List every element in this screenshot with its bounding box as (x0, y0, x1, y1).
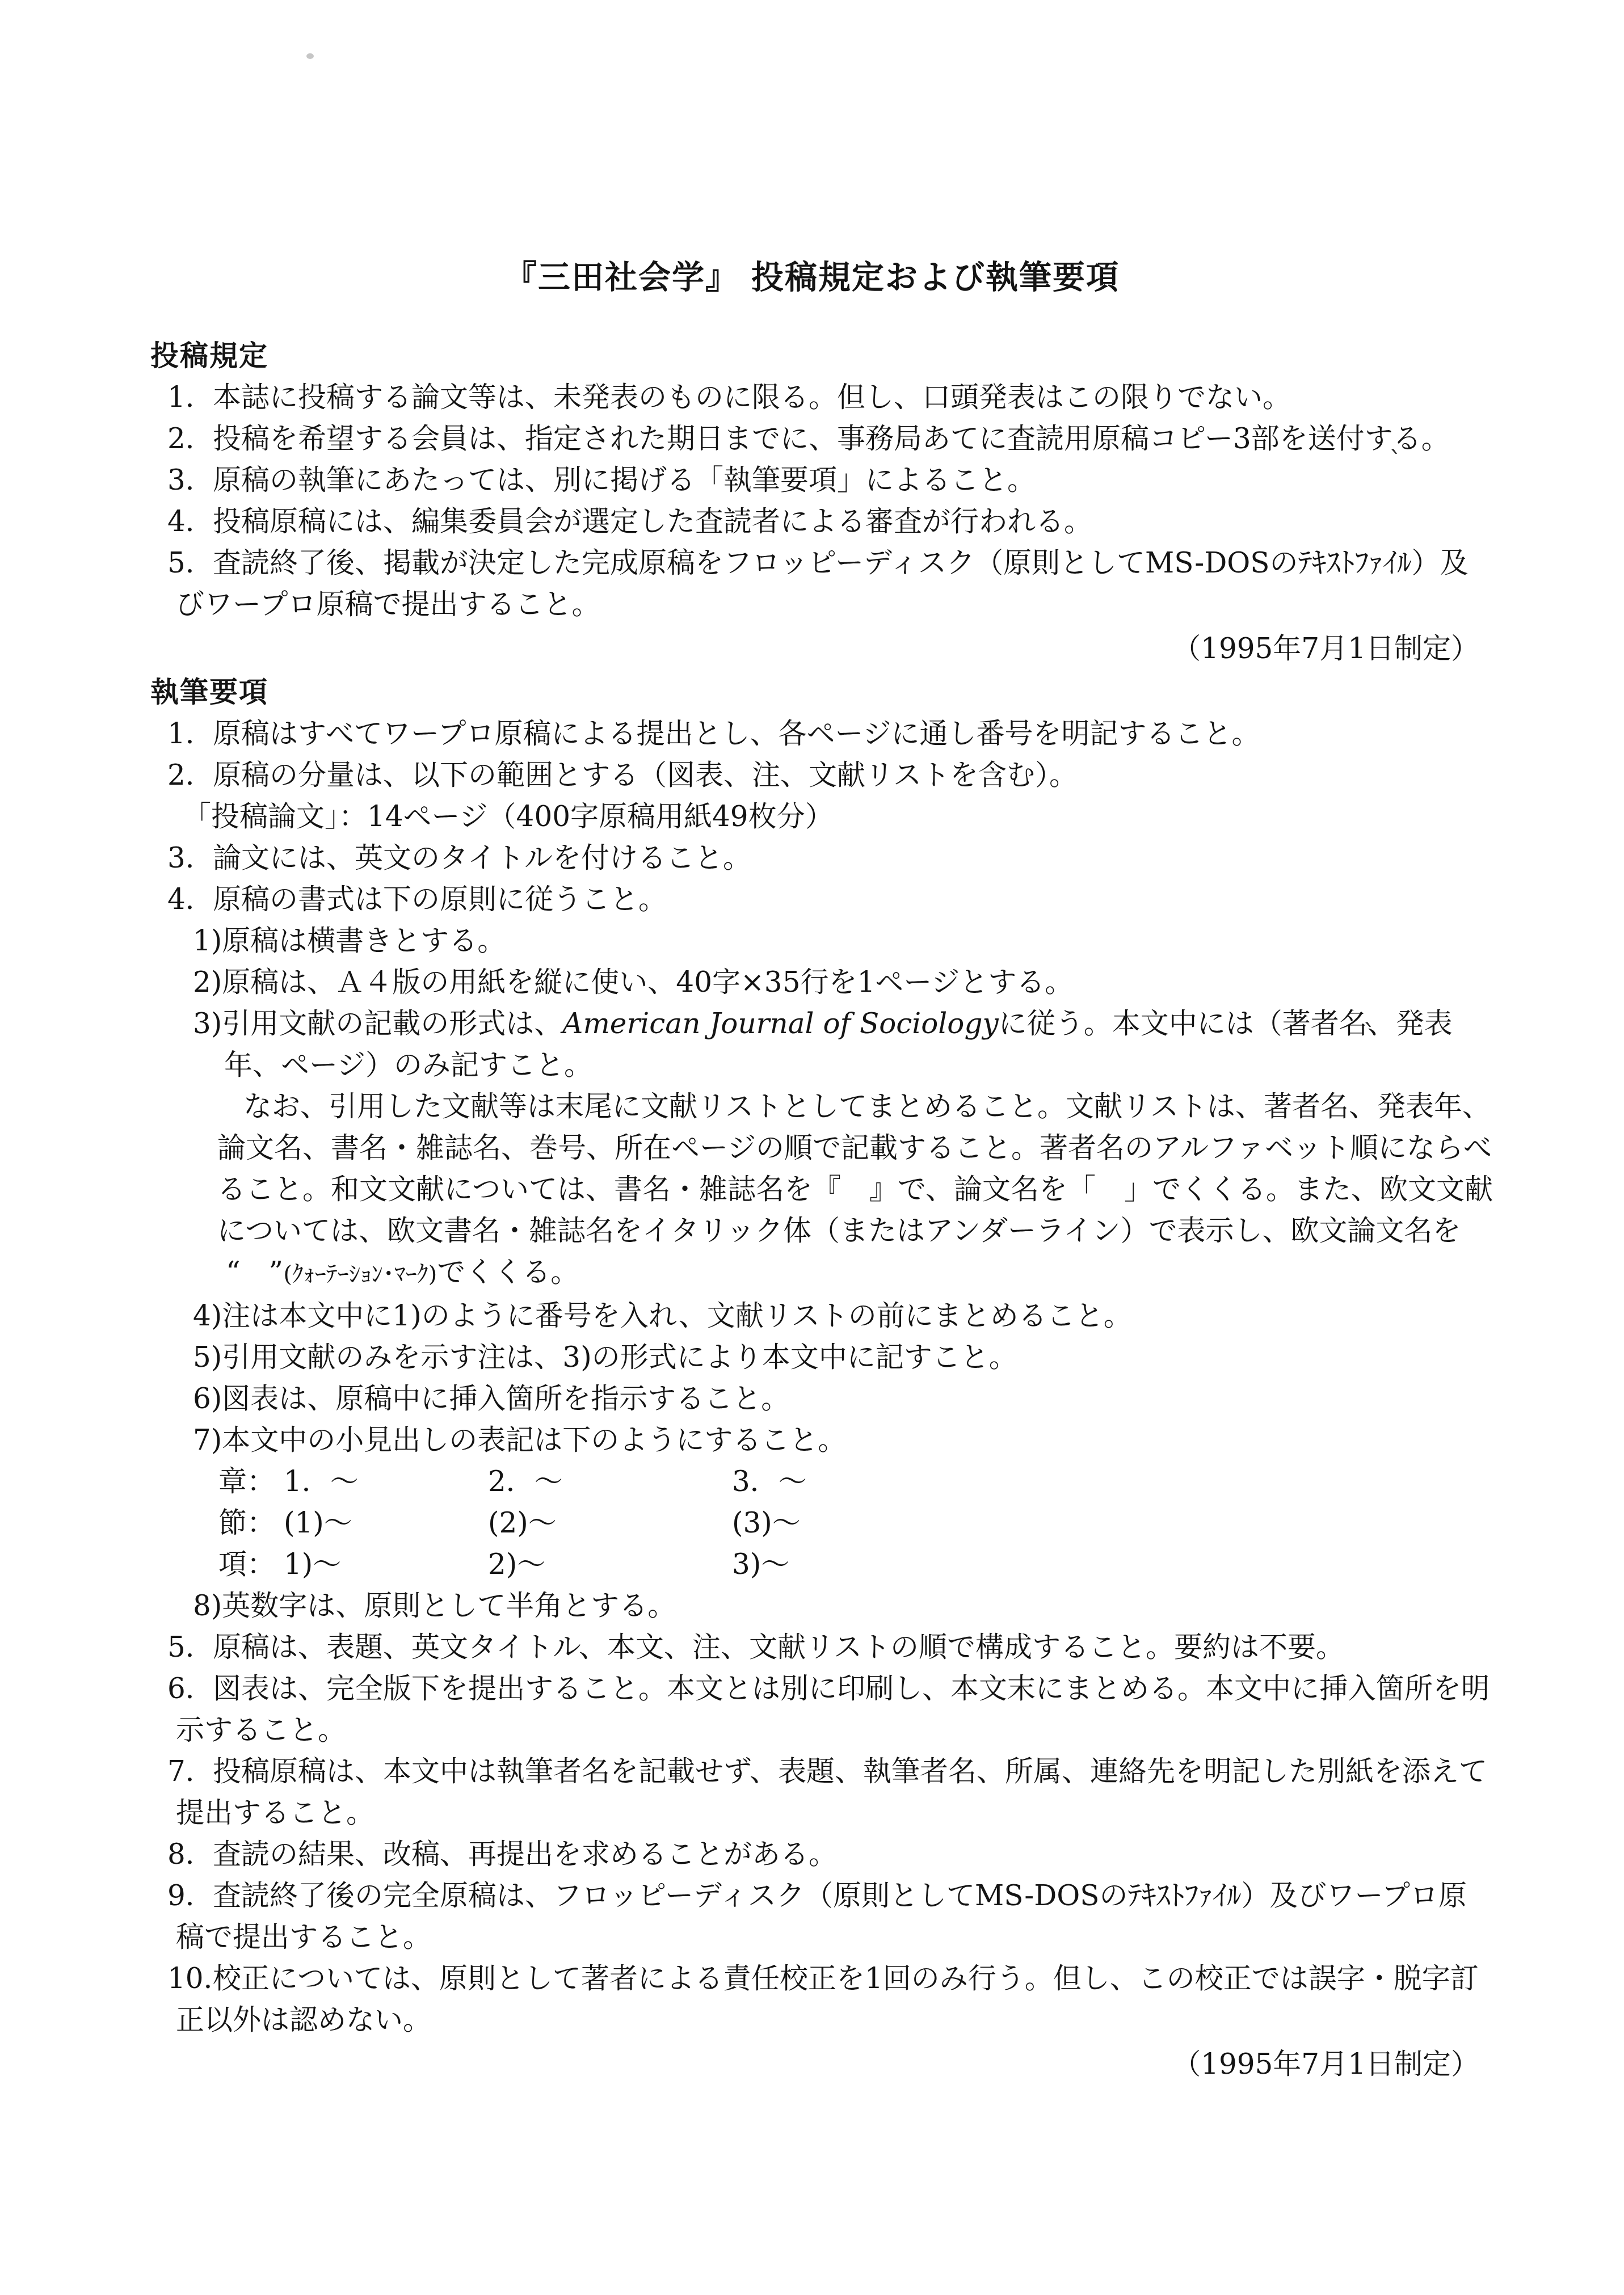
row-col: (2)～ (488, 1502, 732, 1544)
submission-rule-item: 2．投稿を希望する会員は、指定された期日までに、事務局あてに査読用原稿コピー3部… (176, 418, 1495, 460)
guideline-subitem: 2)原稿は、Ａ４版の用紙を縦に使い、40字×35行を1ページとする。 (224, 962, 1495, 1003)
scanned-document-page: 『三田社会学』 投稿規定および執筆要項 投稿規定 1．本誌に投稿する論文等は、未… (0, 0, 1624, 2295)
journal-name-italic: American Journal of Sociology (562, 1007, 998, 1040)
item-number: 4． (167, 879, 213, 920)
writing-guidelines-heading: 執筆要項 (150, 672, 1624, 713)
item-text: 本誌に投稿する論文等は、未発表のものに限る。但し、口頭発表はこの限りでない。 (213, 381, 1291, 414)
guideline-item: 8．査読の結果、改稿、再提出を求めることがある。 (176, 1834, 1495, 1875)
guideline-subitem: 4)注は本文中に1)のように番号を入れ、文献リストの前にまとめること。 (224, 1295, 1495, 1337)
quotation-mark-line: “ ”(ｸｫｰﾃｰｼｮﾝ･ﾏｰｸ)でくくる。 (226, 1252, 1624, 1295)
manuscript-quota-line: 「投稿論文」：14ページ（400字原稿用紙49枚分） (183, 796, 1624, 837)
guideline-item: 7．投稿原稿は、本文中は執筆者名を記載せず、表題、執筆者名、所属、連絡先を明記し… (176, 1751, 1495, 1834)
guideline-subitem: 7)本文中の小見出しの表記は下のようにすること。 (224, 1420, 1495, 1461)
quote-tail: でくくる。 (437, 1256, 579, 1288)
heading-format-row-chapter: 章：1．～2．～3．～ (218, 1461, 1624, 1502)
quote-marks: “ ” (226, 1256, 283, 1288)
guideline-item: 4．原稿の書式は下の原則に従うこと。 (176, 879, 1495, 920)
item-text: 原稿はすべてワープロ原稿による提出とし、各ページに通し番号を明記すること。 (213, 717, 1260, 750)
item-number: 8． (167, 1834, 213, 1875)
item-text: 査読終了後、掲載が決定した完成原稿をフロッピーディスク（原則としてMS-DOSの… (176, 546, 1469, 621)
item-number: 10. (167, 1958, 213, 1999)
row-col: 2)～ (488, 1544, 732, 1585)
item-number: 7． (167, 1751, 213, 1792)
item-text: 原稿の書式は下の原則に従うこと。 (213, 883, 667, 916)
guideline-subitem: 1)原稿は横書きとする。 (224, 920, 1495, 962)
row-col: (3)～ (732, 1502, 801, 1544)
guideline-subitem: 5)引用文献のみを示す注は、3)の形式により本文中に記すこと。 (224, 1337, 1495, 1378)
scan-smudge (306, 53, 314, 59)
item-number: 3． (167, 460, 213, 501)
item-text: 原稿の執筆にあたっては、別に掲げる「執筆要項」によること。 (213, 464, 1036, 496)
references-note-paragraph: なお、引用した文献等は末尾に文献リストとしてまとめること。文献リストは、著者名、… (217, 1086, 1495, 1252)
quote-paren-label: (ｸｫｰﾃｰｼｮﾝ･ﾏｰｸ) (283, 1261, 437, 1287)
item-text: 査読終了後の完全原稿は、フロッピーディスク（原則としてMS-DOSのﾃｷｽﾄﾌｧ… (176, 1879, 1467, 1953)
row-col: 3．～ (732, 1461, 807, 1502)
item-text: 原稿の分量は、以下の範囲とする（図表、注、文献リストを含む）。 (213, 759, 1078, 791)
document-title: 『三田社会学』 投稿規定および執筆要項 (0, 0, 1624, 304)
item-text: 原稿は、表題、英文タイトル、本文、注、文献リストの順で構成すること。要約は不要。 (213, 1631, 1344, 1664)
guideline-item: 9．査読終了後の完全原稿は、フロッピーディスク（原則としてMS-DOSのﾃｷｽﾄ… (176, 1875, 1495, 1958)
row-label: 章： (218, 1461, 284, 1502)
submission-rule-item: 5．査読終了後、掲載が決定した完成原稿をフロッピーディスク（原則としてMS-DO… (176, 542, 1495, 625)
scan-artifact: ` (1389, 448, 1402, 474)
item-text: 投稿を希望する会員は、指定された期日までに、事務局あてに査読用原稿コピー3部を送… (213, 422, 1450, 455)
item-number: 5． (167, 542, 213, 584)
row-col: 1．～ (284, 1461, 488, 1502)
row-col: 2．～ (488, 1461, 732, 1502)
row-col: (1)～ (284, 1502, 488, 1544)
guideline-subitem: 3)引用文献の記載の形式は、American Journal of Sociol… (224, 1003, 1495, 1086)
row-col: 1)～ (284, 1544, 488, 1585)
heading-format-row-section: 節：(1)～(2)～(3)～ (218, 1502, 1624, 1544)
item-number: 4． (167, 501, 213, 542)
guideline-item: 3．論文には、英文のタイトルを付けること。 (176, 837, 1495, 879)
item-number: 1． (167, 713, 213, 755)
item-text: 図表は、完全版下を提出すること。本文とは別に印刷し、本文末にまとめる。本文中に挿… (176, 1672, 1490, 1746)
item-number: 6． (167, 1668, 213, 1709)
submission-rule-item: 1．本誌に投稿する論文等は、未発表のものに限る。但し、口頭発表はこの限りでない。 (176, 377, 1495, 418)
guideline-item: 1．原稿はすべてワープロ原稿による提出とし、各ページに通し番号を明記すること。 (176, 713, 1495, 755)
scan-artifact: ` (1363, 1021, 1376, 1047)
guideline-subitem: 6)図表は、原稿中に挿入箇所を指示すること。 (224, 1378, 1495, 1420)
enactment-date-note: （1995年7月1日制定） (0, 2044, 1479, 2085)
heading-format-row-paragraph: 項：1)～2)～3)～ (218, 1544, 1624, 1585)
row-col: 3)～ (732, 1544, 789, 1585)
item-number: 3． (167, 837, 213, 879)
subitem-text: 3)引用文献の記載の形式は、 (193, 1007, 562, 1040)
guideline-item: 2．原稿の分量は、以下の範囲とする（図表、注、文献リストを含む）。 (176, 755, 1495, 796)
item-text: 査読の結果、改稿、再提出を求めることがある。 (213, 1838, 837, 1871)
item-number: 5． (167, 1627, 213, 1668)
item-text: 投稿原稿は、本文中は執筆者名を記載せず、表題、執筆者名、所属、連絡先を明記した別… (176, 1755, 1487, 1829)
item-text: 校正については、原則として著者による責任校正を1回のみ行う。但し、この校正では誤… (176, 1962, 1479, 2036)
item-number: 1． (167, 377, 213, 418)
item-number: 9． (167, 1875, 213, 1917)
row-label: 項： (218, 1544, 284, 1585)
item-text: 論文には、英文のタイトルを付けること。 (213, 841, 751, 874)
guideline-item: 5．原稿は、表題、英文タイトル、本文、注、文献リストの順で構成すること。要約は不… (176, 1627, 1495, 1668)
guideline-item: 6．図表は、完全版下を提出すること。本文とは別に印刷し、本文末にまとめる。本文中… (176, 1668, 1495, 1751)
item-number: 2． (167, 418, 213, 460)
enactment-date-note: （1995年7月1日制定） (0, 628, 1479, 669)
submission-rules-heading: 投稿規定 (150, 335, 1624, 377)
submission-rule-item: 4．投稿原稿には、編集委員会が選定した査読者による審査が行われる。 (176, 501, 1495, 542)
guideline-subitem: 8)英数字は、原則として半角とする。 (224, 1585, 1495, 1627)
submission-rule-item: 3．原稿の執筆にあたっては、別に掲げる「執筆要項」によること。 (176, 460, 1495, 501)
row-label: 節： (218, 1502, 284, 1544)
guideline-item: 10.校正については、原則として著者による責任校正を1回のみ行う。但し、この校正… (176, 1958, 1495, 2041)
item-number: 2． (167, 755, 213, 796)
item-text: 投稿原稿には、編集委員会が選定した査読者による審査が行われる。 (213, 505, 1092, 538)
